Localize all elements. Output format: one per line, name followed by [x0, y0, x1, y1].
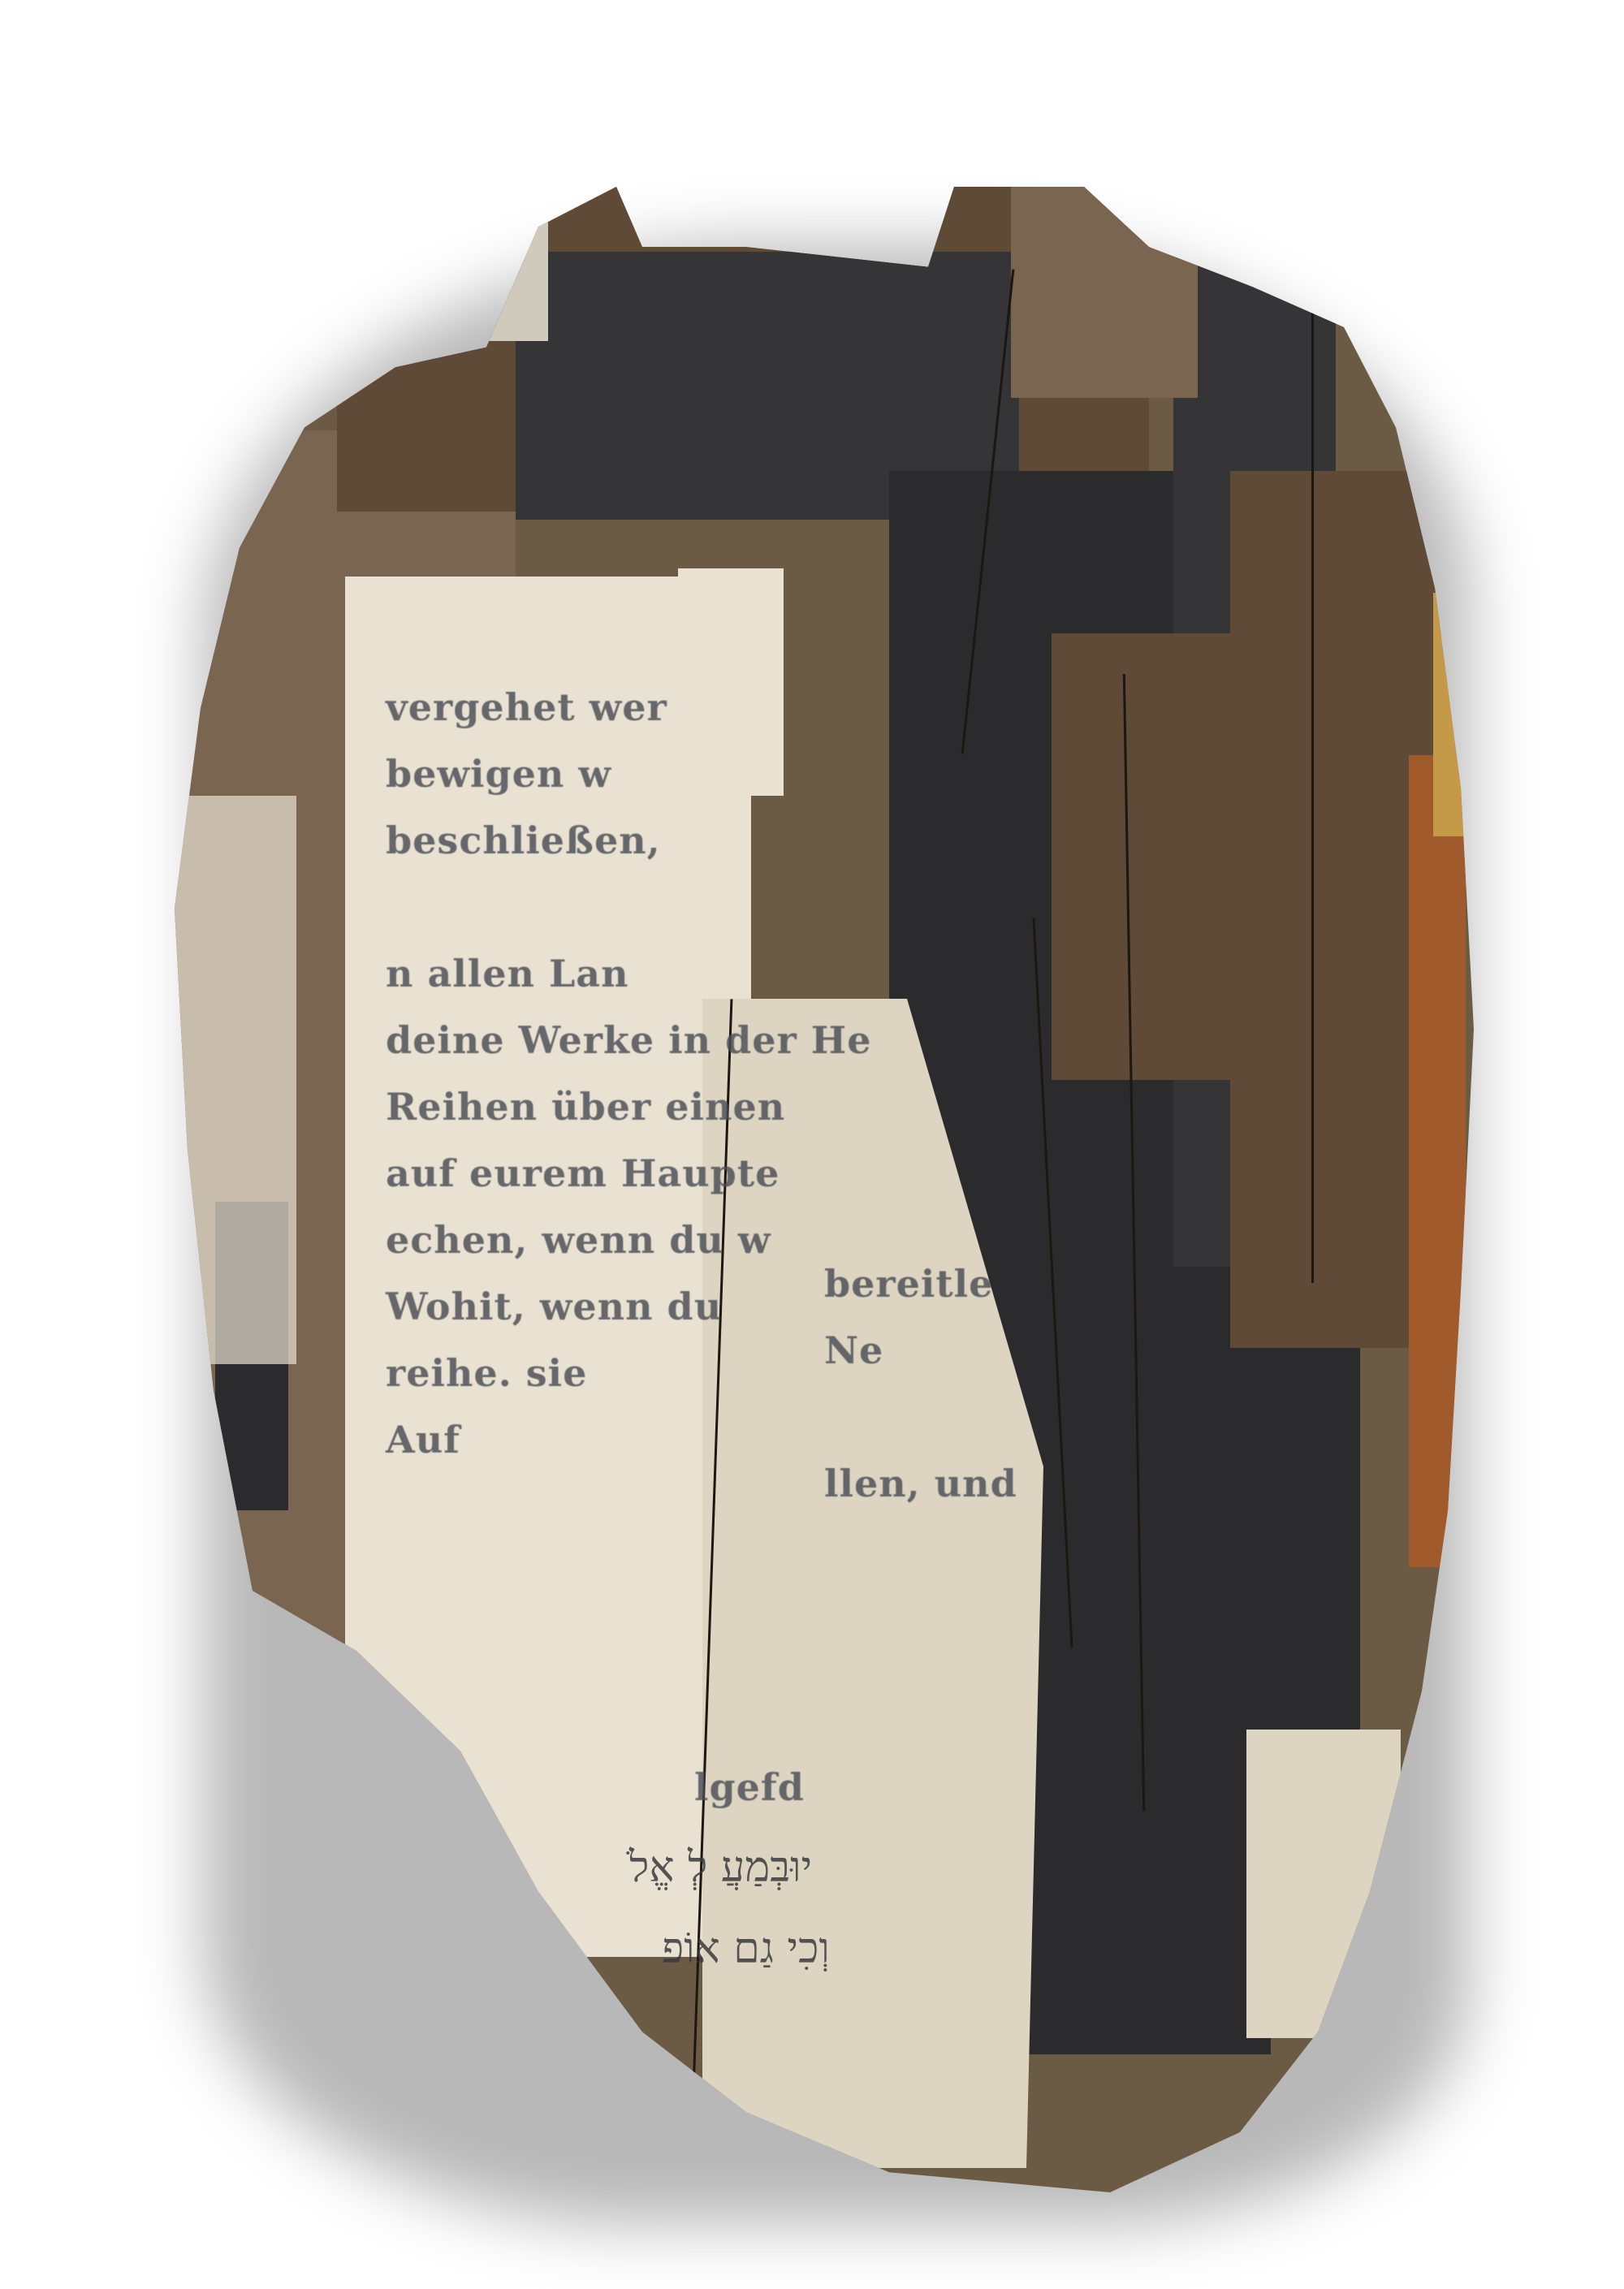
photo-stage: vergehet wer bewigen w beschließen, n al…	[0, 0, 1624, 2289]
text-line: echen, wenn du w	[386, 1207, 872, 1273]
text-line: Ne	[824, 1317, 1017, 1384]
text-line: beschließen,	[386, 807, 872, 874]
german-lower-word: lgefd	[694, 1754, 805, 1820]
text-line: Auf	[386, 1406, 872, 1473]
text-line	[824, 1384, 1017, 1450]
text-line: bewigen w	[386, 741, 872, 807]
text-line: auf eurem Haupte	[386, 1140, 872, 1207]
crack-3	[1311, 309, 1314, 1283]
earth-top-block	[1011, 187, 1198, 398]
top-fragment-text: הס	[426, 235, 464, 274]
german-text-right: bereitle Ne llen, und	[824, 1250, 1017, 1517]
text-line: n allen Lan	[386, 940, 872, 1007]
hebrew-line-1: יוּבְּמַעֲ לְ אֱלֹ	[629, 1843, 812, 1892]
german-text-column: vergehet wer bewigen w beschließen, n al…	[386, 674, 872, 1473]
text-line	[386, 874, 872, 940]
text-line: vergehet wer	[386, 674, 872, 741]
text-line: reihe. sie	[386, 1340, 872, 1406]
text-line: Reihen über einen	[386, 1073, 872, 1140]
hebrew-line-2: וְכִי גַם אוֹפ	[662, 1924, 830, 1973]
text-line: Wohit, wenn du	[386, 1273, 872, 1340]
brown-plate-center	[1052, 633, 1246, 1080]
text-line: deine Werke in der He	[386, 1007, 872, 1073]
text-line: bereitle	[824, 1250, 1017, 1317]
paper-lower-left	[175, 796, 296, 1364]
text-line: lgefd	[694, 1754, 805, 1820]
text-line: llen, und	[824, 1450, 1017, 1517]
